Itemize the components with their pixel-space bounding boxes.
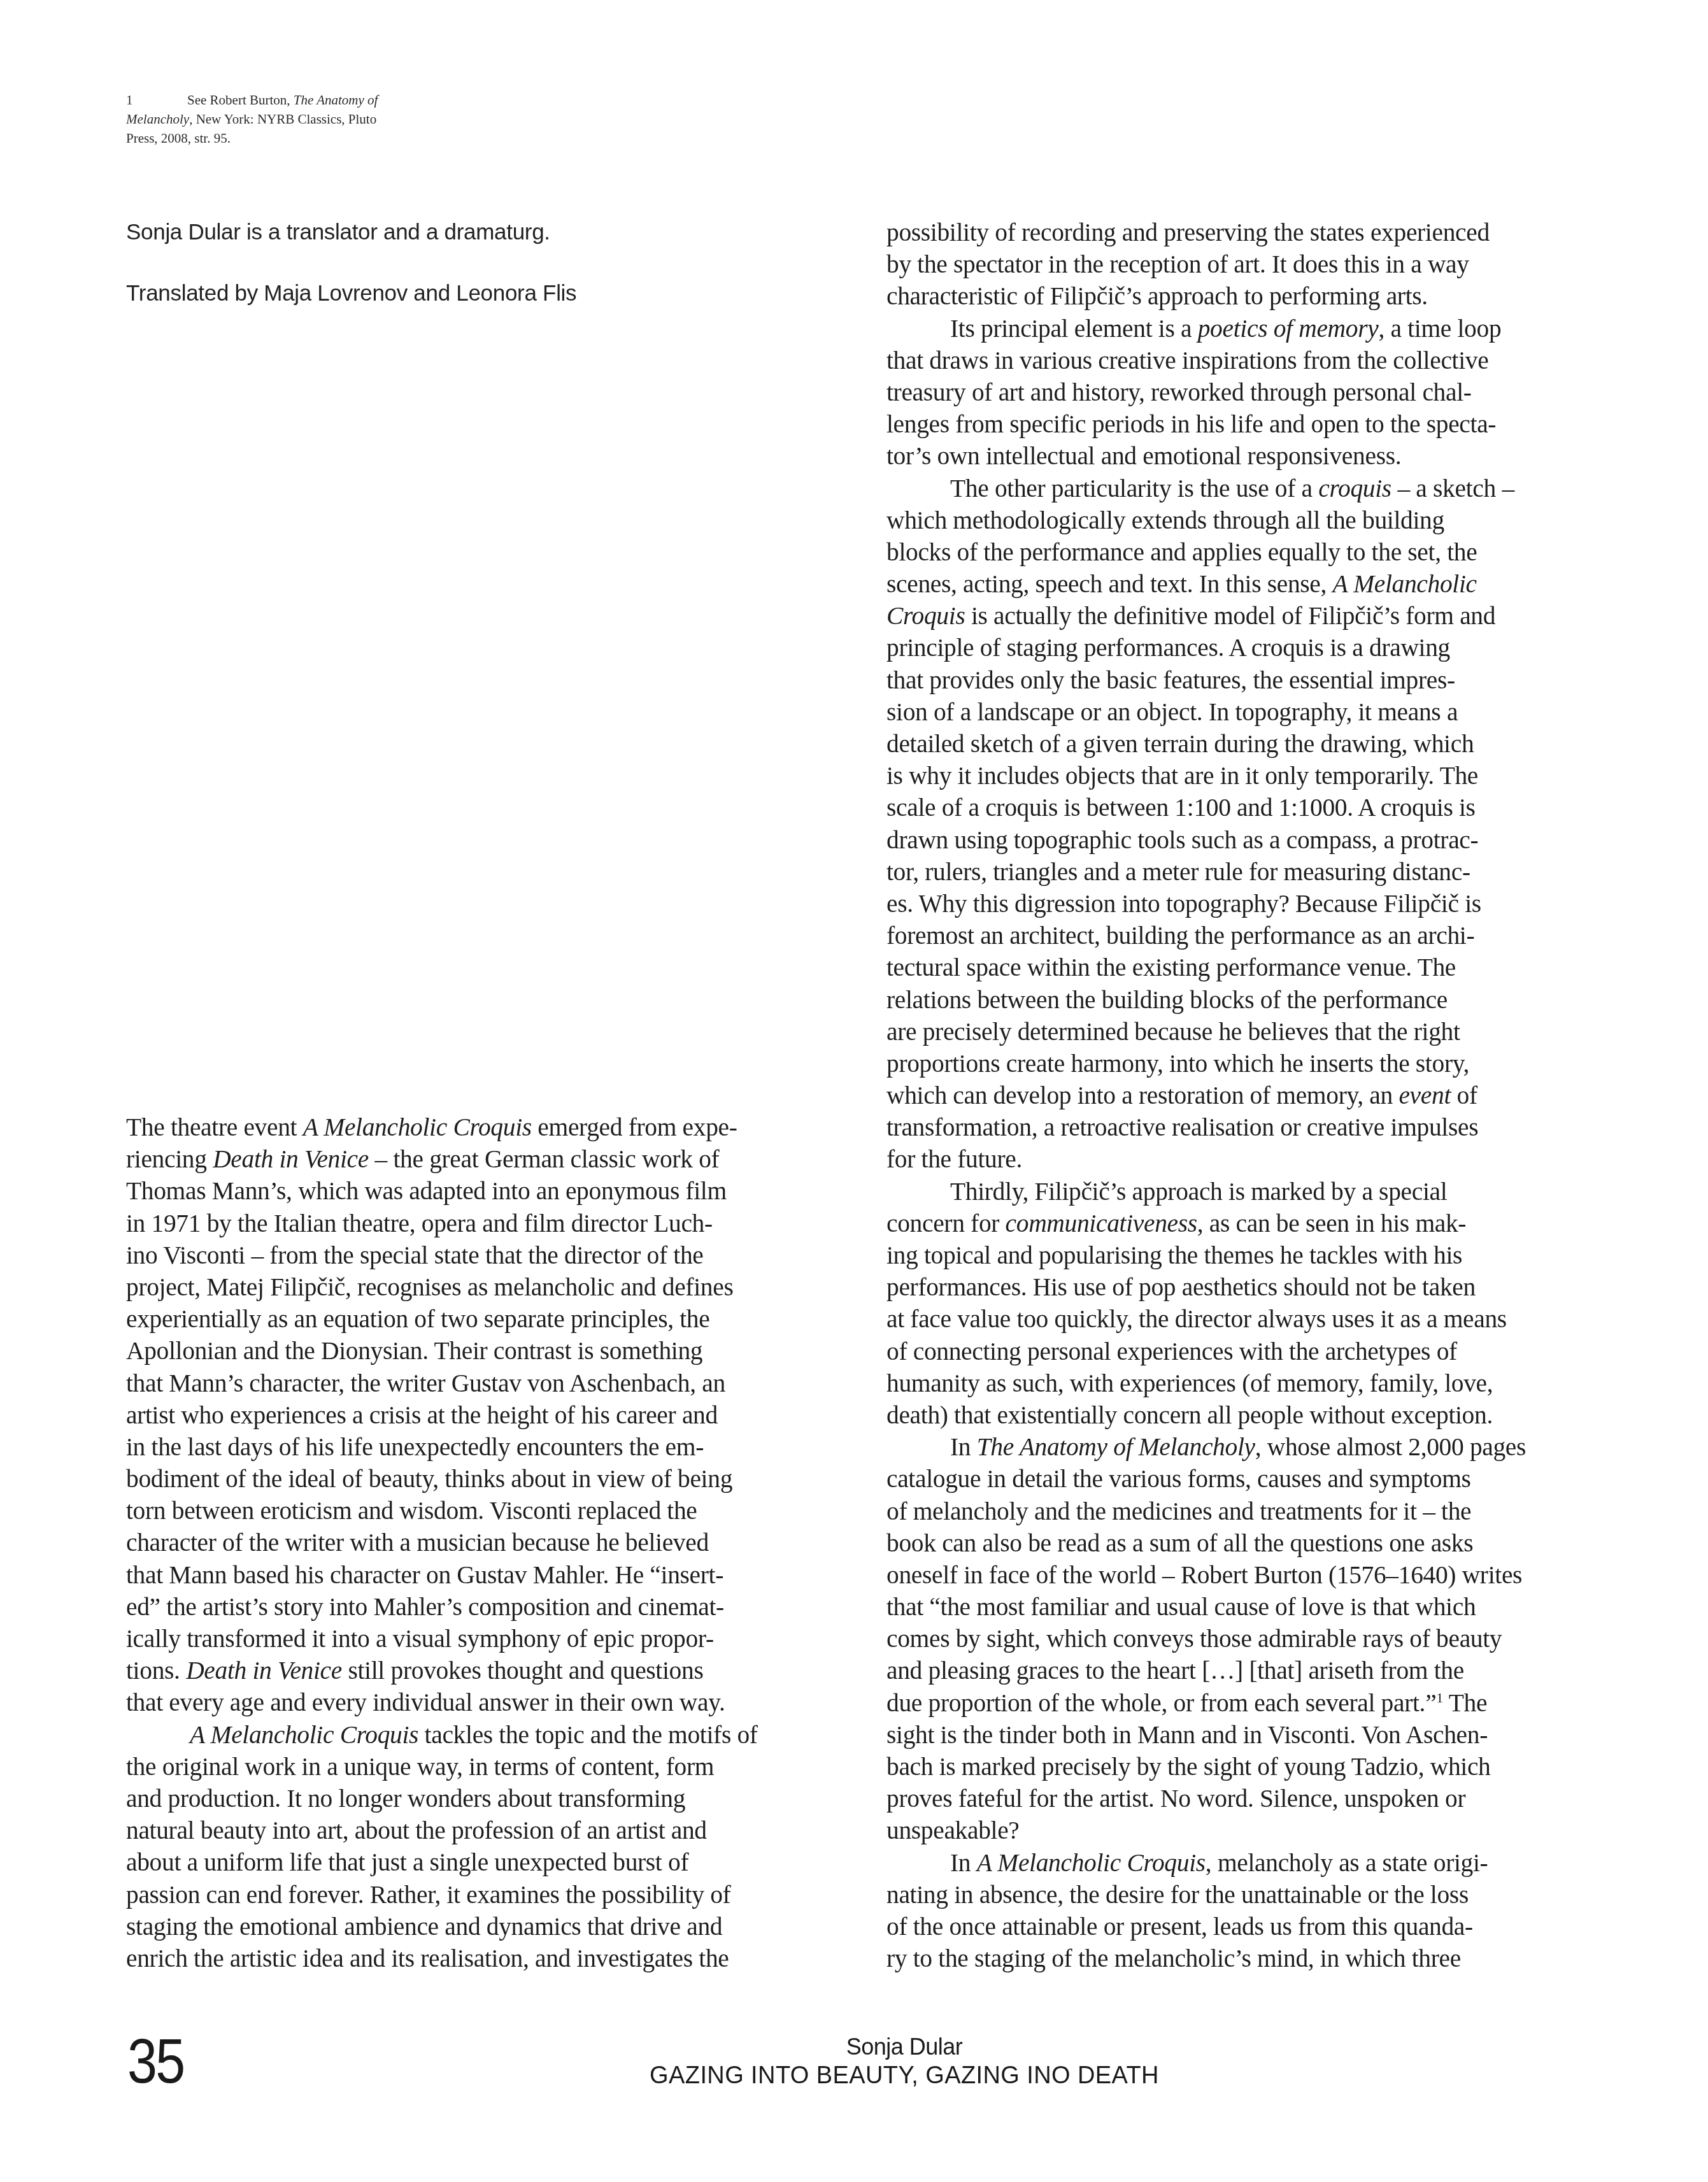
body-column-left: The theatre event A Melancholic Croquis … [126,1111,871,1974]
text-line: treasury of art and history, reworked th… [886,376,1632,408]
text-line: concern for communicativeness, as can be… [886,1208,1632,1239]
text-line: unspeakable? [886,1815,1632,1846]
text-line: at face value too quickly, the director … [886,1303,1632,1335]
text-line: Croquis is actually the definitive model… [886,600,1632,632]
text-line: ry to the staging of the melancholic’s m… [886,1943,1632,1974]
text-line: which methodologically extends through a… [886,504,1632,536]
footnote: 1See Robert Burton, The Anatomy of Melan… [126,90,457,148]
paragraph-start-line: A Melancholic Croquis tackles the topic … [126,1719,871,1751]
footnote-reference: 1 [1436,1690,1443,1706]
text-line: proportions create harmony, into which h… [886,1048,1632,1080]
body-column-right: possibility of recording and preserving … [886,217,1632,1974]
text-line: in 1971 by the Italian theatre, opera an… [126,1208,871,1239]
text-line: of connecting personal experiences with … [886,1336,1632,1367]
text-line: tectural space within the existing perfo… [886,952,1632,983]
footnote-line-1: 1See Robert Burton, The Anatomy of [126,90,457,110]
text-line: Thomas Mann’s, which was adapted into an… [126,1175,871,1207]
running-footer: Sonja Dular GAZING INTO BEAUTY, GAZING I… [560,2033,1248,2090]
text-line: proves fateful for the artist. No word. … [886,1783,1632,1815]
paragraph-start-line: The other particularity is the use of a … [886,473,1632,504]
text-line: bach is marked precisely by the sight of… [886,1751,1632,1783]
text-line: that “the most familiar and usual cause … [886,1591,1632,1623]
text-line: of the once attainable or present, leads… [886,1911,1632,1943]
text-line: blocks of the performance and applies eq… [886,536,1632,568]
text-line: nating in absence, the desire for the un… [886,1879,1632,1911]
text-line: character of the writer with a musician … [126,1527,871,1558]
text-line: tions. Death in Venice still provokes th… [126,1655,871,1686]
text-line: humanity as such, with experiences (of m… [886,1367,1632,1399]
text-line: project, Matej Filipčič, recognises as m… [126,1271,871,1303]
text-line: which can develop into a restoration of … [886,1080,1632,1111]
text-line: drawn using topographic tools such as a … [886,824,1632,856]
text-line: scenes, acting, speech and text. In this… [886,568,1632,600]
text-line: that Mann’s character, the writer Gustav… [126,1367,871,1399]
author-note: Sonja Dular is a translator and a dramat… [126,218,576,247]
text-line: transformation, a retroactive realisatio… [886,1111,1632,1143]
page-number: 35 [127,2029,184,2093]
text-line: ed” the artist’s story into Mahler’s com… [126,1591,871,1623]
text-line: in the last days of his life unexpectedl… [126,1431,871,1463]
paragraph-start-line: Its principal element is a poetics of me… [886,313,1632,345]
text-line: possibility of recording and preserving … [886,217,1632,248]
paragraph-start-line: In A Melancholic Croquis, melancholy as … [886,1847,1632,1879]
text-line: bodiment of the ideal of beauty, thinks … [126,1463,871,1495]
text-line: are precisely determined because he beli… [886,1016,1632,1048]
text-line: that every age and every individual answ… [126,1686,871,1718]
paragraph-start-line: In The Anatomy of Melancholy, whose almo… [886,1431,1632,1463]
footnote-line-3: Press, 2008, str. 95. [126,129,457,148]
text-line: riencing Death in Venice – the great Ger… [126,1143,871,1175]
text-line: tor’s own intellectual and emotional res… [886,440,1632,472]
text-line: and pleasing graces to the heart […] [th… [886,1655,1632,1686]
text-line: foremost an architect, building the perf… [886,920,1632,952]
text-line: and production. It no longer wonders abo… [126,1783,871,1815]
text-line: scale of a croquis is between 1:100 and … [886,792,1632,824]
text-line: enrich the artistic idea and its realisa… [126,1943,871,1974]
paragraph-start-line: Thirdly, Filipčič’s approach is marked b… [886,1176,1632,1208]
text-line: about a uniform life that just a single … [126,1846,871,1878]
text-line: book can also be read as a sum of all th… [886,1527,1632,1559]
text-line: sight is the tinder both in Mann and in … [886,1719,1632,1751]
text-line: catalogue in detail the various forms, c… [886,1463,1632,1495]
text-line: that provides only the basic features, t… [886,664,1632,696]
text-line: The theatre event A Melancholic Croquis … [126,1111,871,1143]
text-line: for the future. [886,1143,1632,1175]
translator-credit: Translated by Maja Lovrenov and Leonora … [126,279,576,308]
text-line: detailed sketch of a given terrain durin… [886,728,1632,760]
text-line: Apollonian and the Dionysian. Their cont… [126,1335,871,1367]
text-line: death) that existentially concern all pe… [886,1399,1632,1431]
text-line: the original work in a unique way, in te… [126,1751,871,1783]
text-line: passion can end forever. Rather, it exam… [126,1879,871,1911]
text-line: tor, rulers, triangles and a meter rule … [886,856,1632,888]
text-line: that Mann based his character on Gustav … [126,1559,871,1591]
text-line: performances. His use of pop aesthetics … [886,1271,1632,1303]
text-line: oneself in face of the world – Robert Bu… [886,1559,1632,1591]
running-footer-title: GAZING INTO BEAUTY, GAZING INO DEATH [560,2061,1248,2090]
text-line: is why it includes objects that are in i… [886,760,1632,792]
footnote-line-2: Melancholy, New York: NYRB Classics, Plu… [126,110,457,129]
text-line: of melancholy and the medicines and trea… [886,1495,1632,1527]
text-line: comes by sight, which conveys those admi… [886,1623,1632,1655]
text-line: torn between eroticism and wisdom. Visco… [126,1495,871,1527]
text-line: natural beauty into art, about the profe… [126,1815,871,1846]
text-line: artist who experiences a crisis at the h… [126,1399,871,1431]
text-line: lenges from specific periods in his life… [886,408,1632,440]
running-footer-author: Sonja Dular [560,2033,1248,2061]
text-line: sion of a landscape or an object. In top… [886,696,1632,728]
text-line: ino Visconti – from the special state th… [126,1239,871,1271]
text-line: ically transformed it into a visual symp… [126,1623,871,1655]
text-line: experientially as an equation of two sep… [126,1303,871,1335]
text-line: es. Why this digression into topography?… [886,888,1632,920]
text-line: ing topical and popularising the themes … [886,1239,1632,1271]
author-bio: Sonja Dular is a translator and a dramat… [126,218,576,340]
text-line: staging the emotional ambience and dynam… [126,1911,871,1943]
text-line: by the spectator in the reception of art… [886,248,1632,280]
text-line: that draws in various creative inspirati… [886,345,1632,376]
text-line: relations between the building blocks of… [886,984,1632,1016]
text-line: characteristic of Filipčič’s approach to… [886,280,1632,312]
footnote-number: 1 [126,90,187,110]
text-line: principle of staging performances. A cro… [886,632,1632,664]
footnote-text: See Robert Burton, The Anatomy of [187,92,378,108]
text-line: due proportion of the whole, or from eac… [886,1687,1632,1719]
